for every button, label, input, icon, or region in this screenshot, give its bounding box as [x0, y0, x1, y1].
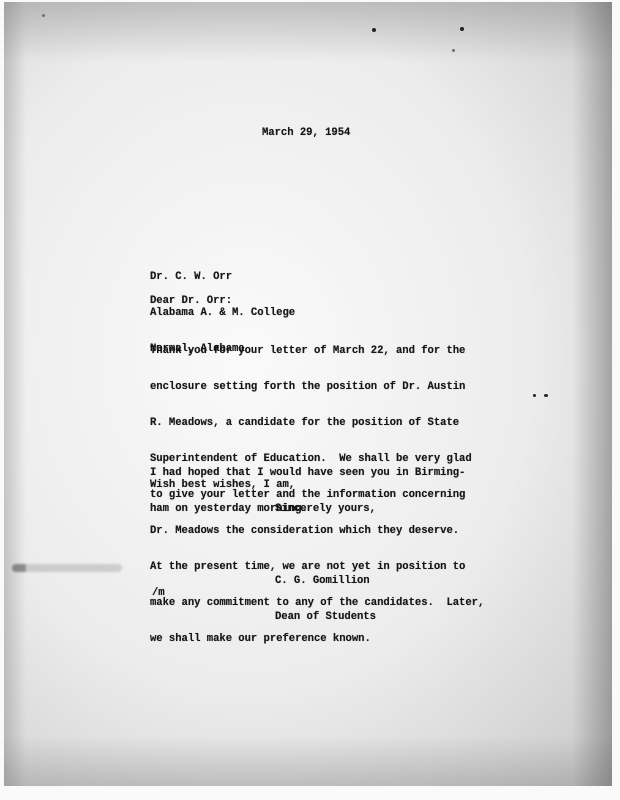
body-line: enclosure setting forth the position of … [150, 381, 484, 393]
signer-title: Dean of Students [275, 611, 376, 623]
letter-page: March 29, 1954 Dr. C. W. Orr Alabama A. … [4, 2, 612, 786]
letter-date: March 29, 1954 [262, 127, 350, 139]
closing-line: Wish best wishes, I am, [150, 479, 295, 491]
body-line: R. Meadows, a candidate for the position… [150, 417, 484, 429]
ink-smudge [12, 564, 122, 572]
complimentary-close: Sincerely yours, [275, 503, 376, 515]
paper-speck [372, 28, 376, 32]
paper-speck [42, 14, 45, 17]
paper-speck [460, 27, 464, 31]
body-line: I had hoped that I would have seen you i… [150, 467, 465, 479]
signature-block: C. G. Gomillion Dean of Students [275, 551, 376, 647]
paper-speck [533, 394, 536, 397]
recipient-name: Dr. C. W. Orr [150, 271, 295, 283]
body-paragraph-2: I had hoped that I would have seen you i… [150, 443, 465, 539]
paper-speck [544, 394, 548, 397]
recipient-institution: Alabama A. & M. College [150, 307, 295, 319]
typist-initials: /m [152, 587, 165, 599]
paper-speck [452, 49, 455, 52]
salutation: Dear Dr. Orr: [150, 295, 232, 307]
body-line: Thank you for your letter of March 22, a… [150, 345, 484, 357]
signer-name: C. G. Gomillion [275, 575, 376, 587]
